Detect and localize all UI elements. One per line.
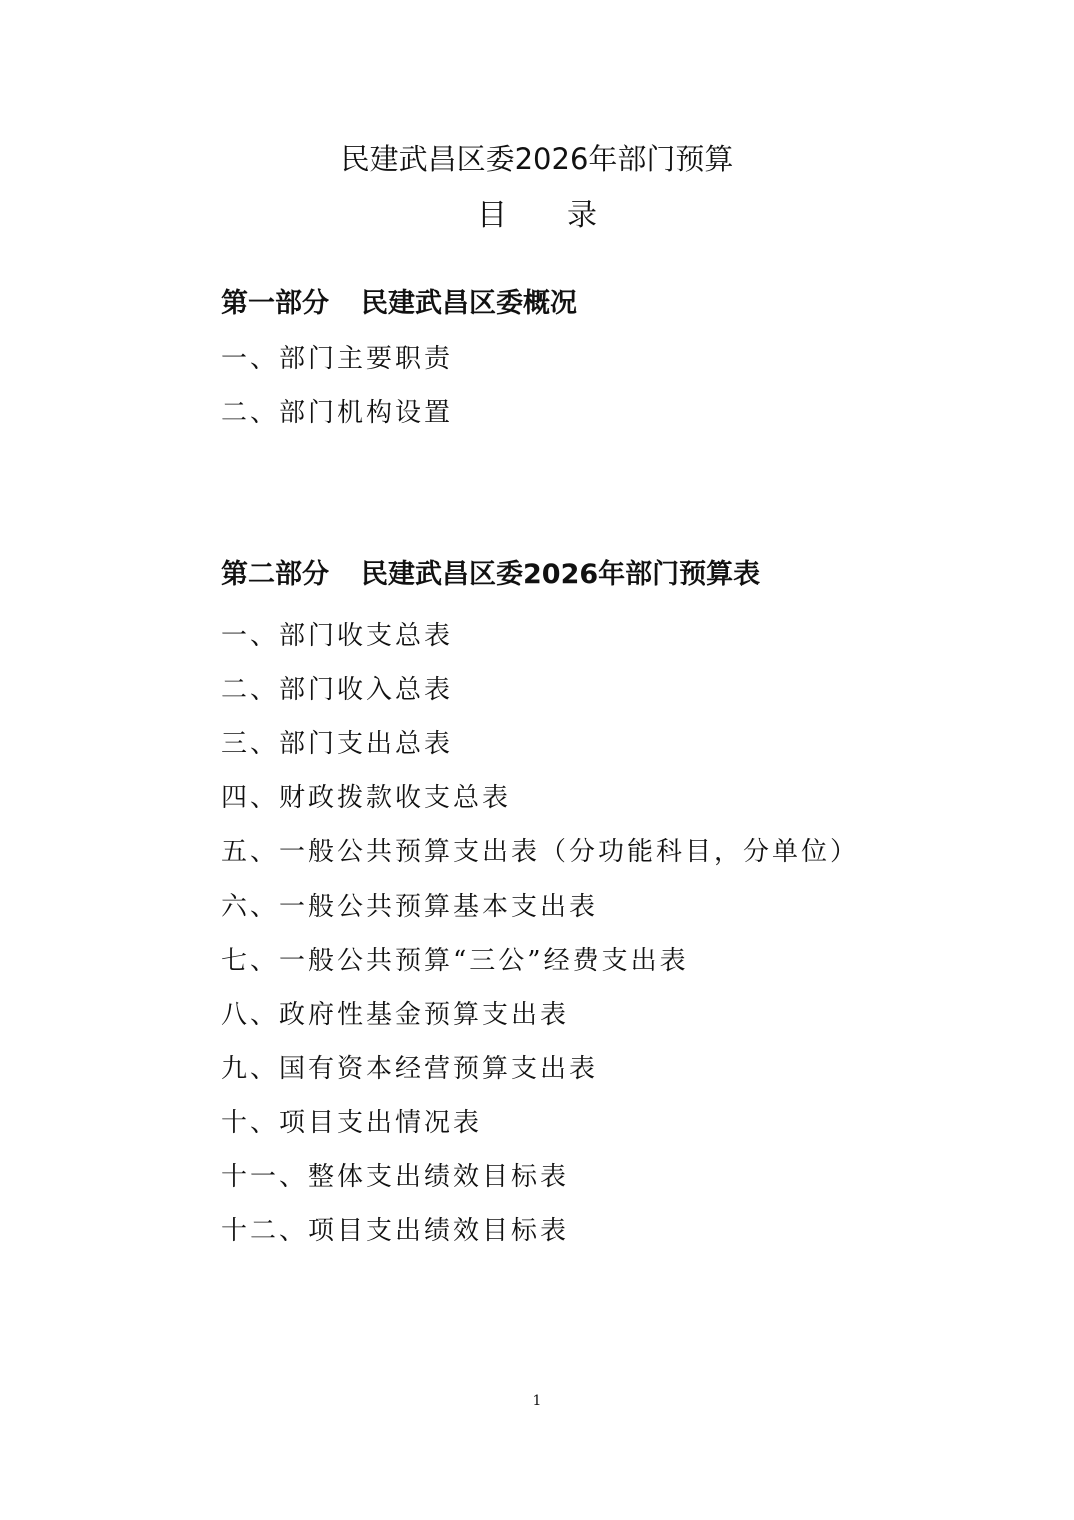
document-page: 民建武昌区委2026年部门预算 目录 第一部分民建武昌区委概况 一、部门主要职责… bbox=[0, 0, 1074, 1520]
toc-item-part2-7[interactable]: 七、一般公共预算“三公”经费支出表 bbox=[221, 944, 689, 978]
part1-title: 民建武昌区委概况 bbox=[361, 288, 577, 319]
part2-title: 民建武昌区委2026年部门预算表 bbox=[361, 559, 760, 590]
toc-item-part2-8[interactable]: 八、政府性基金预算支出表 bbox=[221, 998, 569, 1032]
document-title: 民建武昌区委2026年部门预算 bbox=[0, 140, 1074, 178]
toc-item-part2-6[interactable]: 六、一般公共预算基本支出表 bbox=[221, 890, 598, 924]
toc-item-part2-11[interactable]: 十一、整体支出绩效目标表 bbox=[221, 1160, 569, 1194]
toc-item-part2-10[interactable]: 十、项目支出情况表 bbox=[221, 1106, 482, 1140]
toc-heading-char-1: 目 bbox=[477, 196, 507, 236]
toc-item-part1-2[interactable]: 二、部门机构设置 bbox=[221, 396, 453, 430]
part1-label: 第一部分 bbox=[221, 288, 329, 319]
toc-heading-char-2: 录 bbox=[567, 196, 597, 236]
toc-item-part2-5[interactable]: 五、一般公共预算支出表（分功能科目，分单位） bbox=[221, 835, 859, 869]
toc-item-part2-3[interactable]: 三、部门支出总表 bbox=[221, 727, 453, 761]
toc-item-part1-1[interactable]: 一、部门主要职责 bbox=[221, 342, 453, 376]
toc-item-part2-9[interactable]: 九、国有资本经营预算支出表 bbox=[221, 1052, 598, 1086]
page-number: 1 bbox=[0, 1392, 1074, 1410]
part2-label: 第二部分 bbox=[221, 559, 329, 590]
part1-heading: 第一部分民建武昌区委概况 bbox=[221, 286, 577, 322]
toc-item-part2-2[interactable]: 二、部门收入总表 bbox=[221, 673, 453, 707]
part2-heading: 第二部分民建武昌区委2026年部门预算表 bbox=[221, 557, 760, 593]
toc-heading: 目录 bbox=[0, 196, 1074, 236]
toc-item-part2-4[interactable]: 四、财政拨款收支总表 bbox=[221, 781, 511, 815]
toc-item-part2-12[interactable]: 十二、项目支出绩效目标表 bbox=[221, 1214, 569, 1248]
toc-item-part2-1[interactable]: 一、部门收支总表 bbox=[221, 619, 453, 653]
